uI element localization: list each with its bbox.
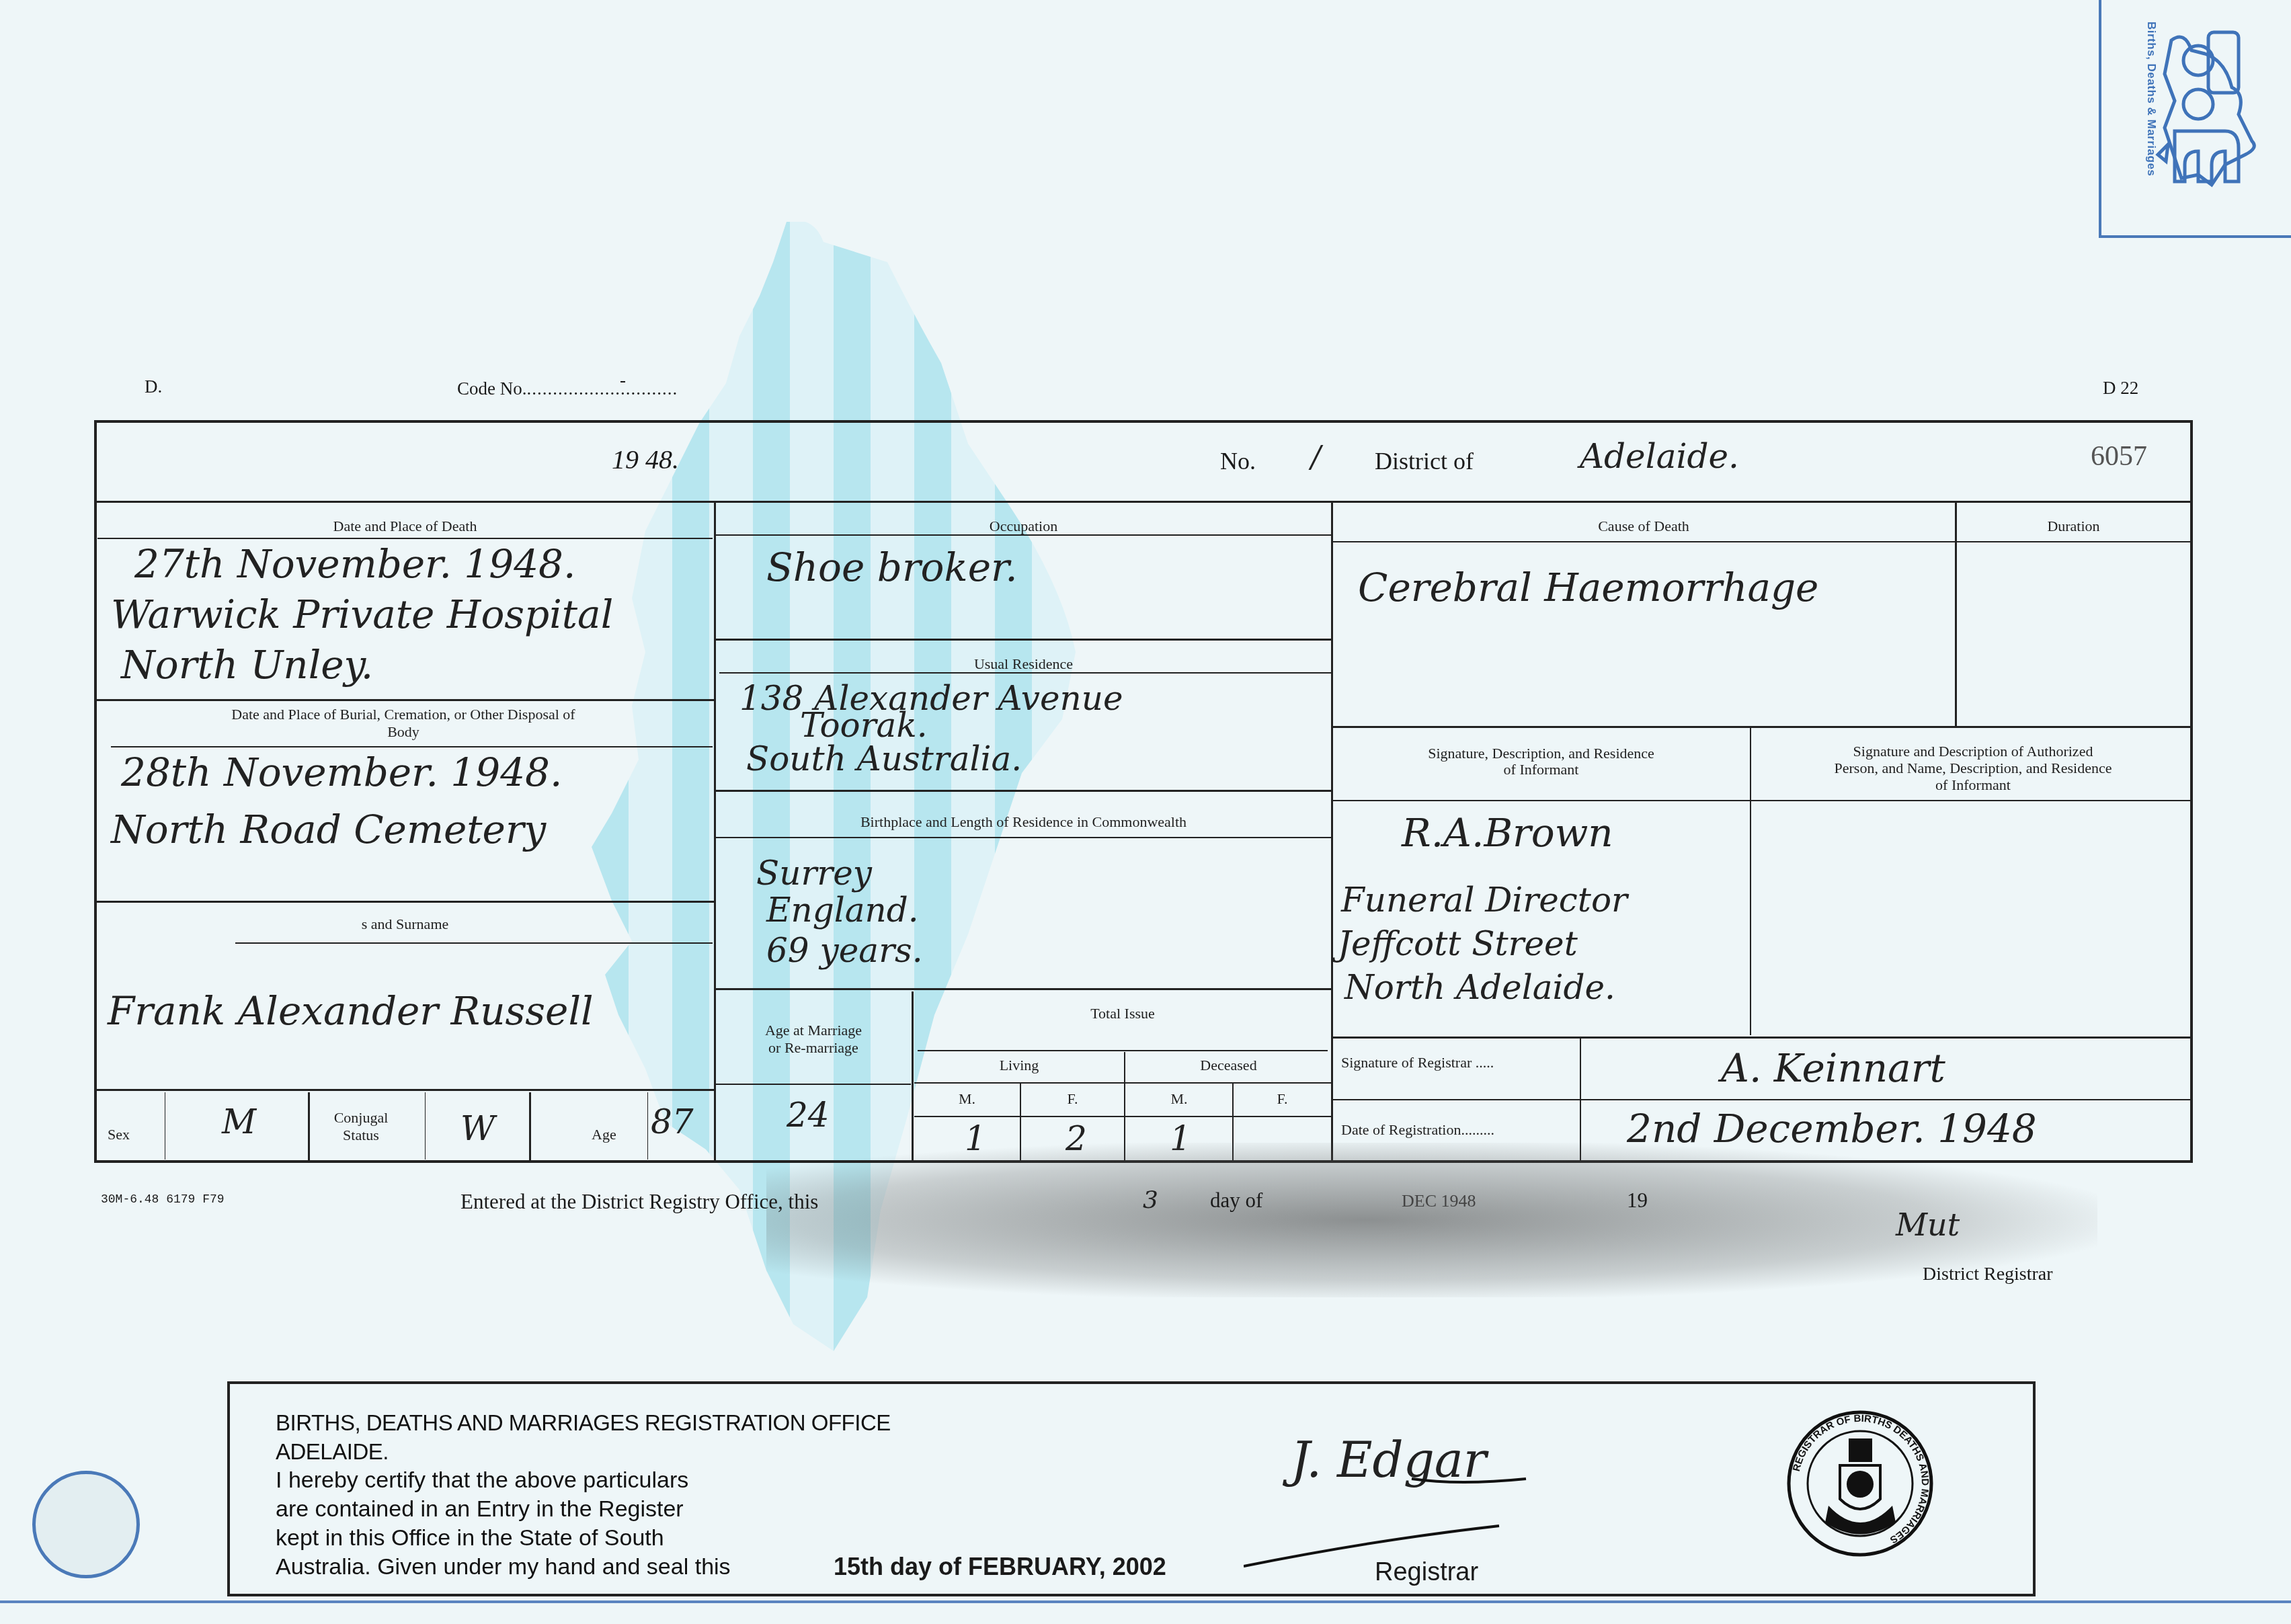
divider xyxy=(94,901,714,903)
district-registrar-label: District Registrar xyxy=(1923,1264,2053,1285)
divider xyxy=(94,501,2193,503)
divider xyxy=(1331,726,2193,728)
name-label: s and Surname xyxy=(97,916,713,933)
certificate-issue-date: 15th day of FEBRUARY, 2002 xyxy=(834,1553,1166,1581)
death-label: Date and Place of Death xyxy=(97,518,713,535)
divider xyxy=(94,1089,714,1091)
divider xyxy=(714,639,1331,641)
sex-value: M xyxy=(222,1102,256,1141)
death-line-2: Warwick Private Hospital xyxy=(111,592,613,637)
bdm-logo-icon xyxy=(2144,13,2265,202)
death-line-1: 27th November. 1948. xyxy=(134,541,575,587)
cert-line-3: I hereby certify that the above particul… xyxy=(276,1466,891,1495)
month-stamp: DEC 1948 xyxy=(1402,1191,1476,1211)
living-m-label: M. xyxy=(914,1090,1020,1108)
divider xyxy=(235,942,713,944)
divider xyxy=(647,1092,648,1160)
authorized-label-2: Person, and Name, Description, and Resid… xyxy=(1753,760,2193,777)
residence-label: Usual Residence xyxy=(716,655,1331,673)
deceased-m-label: M. xyxy=(1126,1090,1232,1108)
deceased-label: Deceased xyxy=(1126,1057,1331,1074)
cert-line-4: are contained in an Entry in the Registe… xyxy=(276,1495,891,1524)
registrar-label: Registrar xyxy=(1375,1558,1478,1587)
district-registrar-signature: Mut xyxy=(1896,1207,1960,1243)
divider xyxy=(714,501,716,1163)
duration-label: Duration xyxy=(1958,518,2189,535)
informant-line-3: Jeffcott Street xyxy=(1338,924,1578,963)
informant-line-1: R.A.Brown xyxy=(1402,810,1613,856)
divider xyxy=(425,1092,426,1160)
code-no-dots: ............................. xyxy=(527,378,678,399)
informant-label-2: of Informant xyxy=(1334,761,1748,778)
certification-text: BIRTHS, DEATHS AND MARRIAGES REGISTRATIO… xyxy=(276,1408,891,1582)
divider xyxy=(529,1092,531,1163)
entry-no-label: No. xyxy=(1220,447,1256,475)
conjugal-label-2: Status xyxy=(311,1127,411,1144)
divider xyxy=(1331,1037,2193,1039)
registrar-signature-value: A. Keinnart xyxy=(1721,1045,1945,1091)
divider xyxy=(914,1082,1331,1084)
birthplace-label: Birthplace and Length of Residence in Co… xyxy=(716,813,1331,831)
divider xyxy=(716,1084,911,1085)
authorized-label-3: of Informant xyxy=(1753,776,2193,794)
entered-day: 3 xyxy=(1143,1186,1158,1214)
district-label: District of xyxy=(1375,447,1474,475)
divider xyxy=(914,1116,1331,1117)
blank-seal-circle xyxy=(32,1471,140,1578)
living-label: Living xyxy=(914,1057,1124,1074)
divider xyxy=(1750,726,1751,1035)
residence-line-1: 138 Alexander Avenue xyxy=(739,679,1123,718)
divider xyxy=(719,672,1331,674)
burial-line-2: North Road Cemetery xyxy=(111,807,546,852)
divider xyxy=(716,534,1331,536)
entered-text: Entered at the District Registry Office,… xyxy=(460,1190,818,1214)
frame-border-right-top xyxy=(2099,0,2101,237)
code-no-label-text: Code No. xyxy=(457,378,527,399)
year-prefix: 19 xyxy=(1627,1188,1648,1213)
informant-label-1: Signature, Description, and Residence xyxy=(1334,745,1748,762)
age-at-marriage-value: 24 xyxy=(787,1096,830,1135)
divider xyxy=(1333,1099,2193,1100)
divider xyxy=(1331,501,1333,1163)
official-seal-icon: REGISTRAR OF BIRTHS DEATHS AND MARRIAGES xyxy=(1785,1405,1936,1563)
name-value: Frank Alexander Russell xyxy=(108,988,593,1034)
total-issue-label: Total Issue xyxy=(914,1005,1331,1022)
authorized-label-1: Signature and Description of Authorized xyxy=(1753,743,2193,760)
age-at-marriage-label-2: or Re-marriage xyxy=(716,1039,911,1057)
burial-line-1: 28th November. 1948. xyxy=(121,749,562,795)
conjugal-label-1: Conjugal xyxy=(311,1109,411,1127)
divider xyxy=(714,790,1331,792)
birthplace-line-3: 69 years. xyxy=(766,931,923,970)
cert-line-5: kept in this Office in the State of Sout… xyxy=(276,1524,891,1553)
divider xyxy=(94,699,714,701)
residence-line-3: South Australia. xyxy=(746,739,1022,778)
birthplace-line-1: Surrey xyxy=(756,854,872,893)
divider xyxy=(308,1092,310,1163)
form-print-code: 30M-6.48 6179 F79 xyxy=(101,1193,225,1207)
death-line-3: North Unley. xyxy=(121,642,373,688)
divider xyxy=(111,746,713,747)
year: 19 48. xyxy=(612,444,679,475)
divider xyxy=(97,538,713,539)
divider xyxy=(1955,501,1957,726)
burial-label: Date and Place of Burial, Cremation, or … xyxy=(222,706,585,741)
conjugal-value: W xyxy=(460,1109,495,1148)
day-of-label: day of xyxy=(1210,1188,1262,1213)
serial-number: 6057 xyxy=(2091,440,2147,473)
age-value: 87 xyxy=(651,1102,694,1141)
frame-border-logo-bottom xyxy=(2099,235,2291,238)
code-no-value: - xyxy=(620,370,626,391)
form-letter: D. xyxy=(145,376,162,397)
district-value: Adelaide. xyxy=(1580,437,1739,476)
occupation-value: Shoe broker. xyxy=(766,544,1018,590)
cause-label: Cause of Death xyxy=(1334,518,1953,535)
office-name: BIRTHS, DEATHS AND MARRIAGES REGISTRATIO… xyxy=(276,1408,891,1437)
divider xyxy=(1333,541,2193,542)
informant-line-2: Funeral Director xyxy=(1341,881,1627,920)
entry-no-value: / xyxy=(1311,440,1321,475)
birthplace-line-2: England. xyxy=(766,891,919,930)
age-at-marriage-label-1: Age at Marriage xyxy=(716,1022,911,1039)
office-city: ADELAIDE. xyxy=(276,1437,891,1466)
sex-label: Sex xyxy=(108,1126,130,1143)
deceased-f-label: F. xyxy=(1234,1090,1331,1108)
divider xyxy=(1333,800,2193,801)
registrar-signature-label: Signature of Registrar ..... xyxy=(1341,1054,1494,1071)
registration-date-label: Date of Registration......... xyxy=(1341,1121,1494,1139)
cause-value: Cerebral Haemorrhage xyxy=(1358,565,1818,610)
divider xyxy=(716,837,1331,838)
occupation-label: Occupation xyxy=(716,518,1331,535)
frame-border-bottom xyxy=(0,1600,2291,1603)
divider xyxy=(918,1050,1328,1051)
informant-line-4: North Adelaide. xyxy=(1344,968,1615,1007)
divider xyxy=(165,1092,165,1160)
divider xyxy=(714,988,1331,990)
form-number: D 22 xyxy=(2103,378,2138,399)
divider xyxy=(912,991,914,1163)
age-label: Age xyxy=(592,1126,616,1143)
code-no-label: Code No.............................. xyxy=(457,378,678,399)
living-f-label: F. xyxy=(1021,1090,1124,1108)
cert-line-6: Australia. Given under my hand and seal … xyxy=(276,1553,891,1582)
